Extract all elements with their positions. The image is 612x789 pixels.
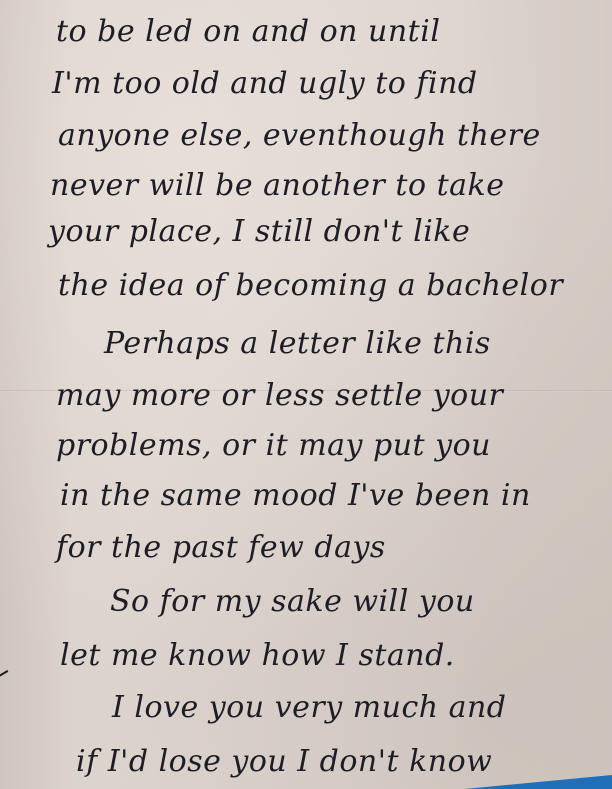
letter-line-3: anyone else, eventhough there xyxy=(58,118,541,153)
letter-line-11: for the past few days xyxy=(56,530,386,565)
letter-line-12: So for my sake will you xyxy=(110,584,475,619)
letter-line-4: never will be another to take xyxy=(50,168,504,203)
letter-line-14: I love you very much and xyxy=(112,690,507,725)
letter-line-6: the idea of becoming a bachelor xyxy=(58,268,563,303)
letter-line-2: I'm too old and ugly to find xyxy=(52,66,478,101)
letter-line-9: problems, or it may put you xyxy=(56,428,491,463)
margin-ink-mark xyxy=(0,670,11,682)
letter-line-15: if I'd lose you I don't know xyxy=(76,744,492,779)
letter-line-10: in the same mood I've been in xyxy=(60,478,531,513)
letter-line-5: your place, I still don't like xyxy=(48,214,470,249)
letter-page: to be led on and on until I'm too old an… xyxy=(0,0,612,789)
letter-line-13: let me know how I stand. xyxy=(60,638,455,673)
letter-line-1: to be led on and on until xyxy=(56,14,440,49)
letter-line-7: Perhaps a letter like this xyxy=(104,326,491,361)
letter-line-8: may more or less settle your xyxy=(56,378,503,413)
